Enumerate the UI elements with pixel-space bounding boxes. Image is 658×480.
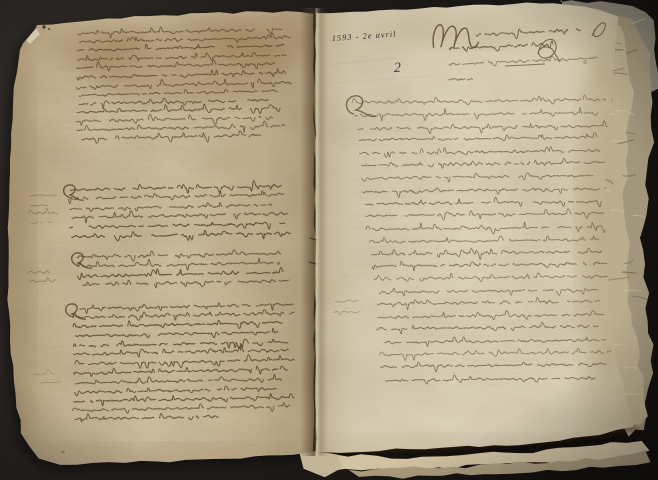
film-grain-light — [0, 0, 658, 480]
manuscript-photo: 1593 - 2e avril 2 — [0, 0, 658, 480]
photo-stage: 1593 - 2e avril 2 — [0, 0, 658, 480]
